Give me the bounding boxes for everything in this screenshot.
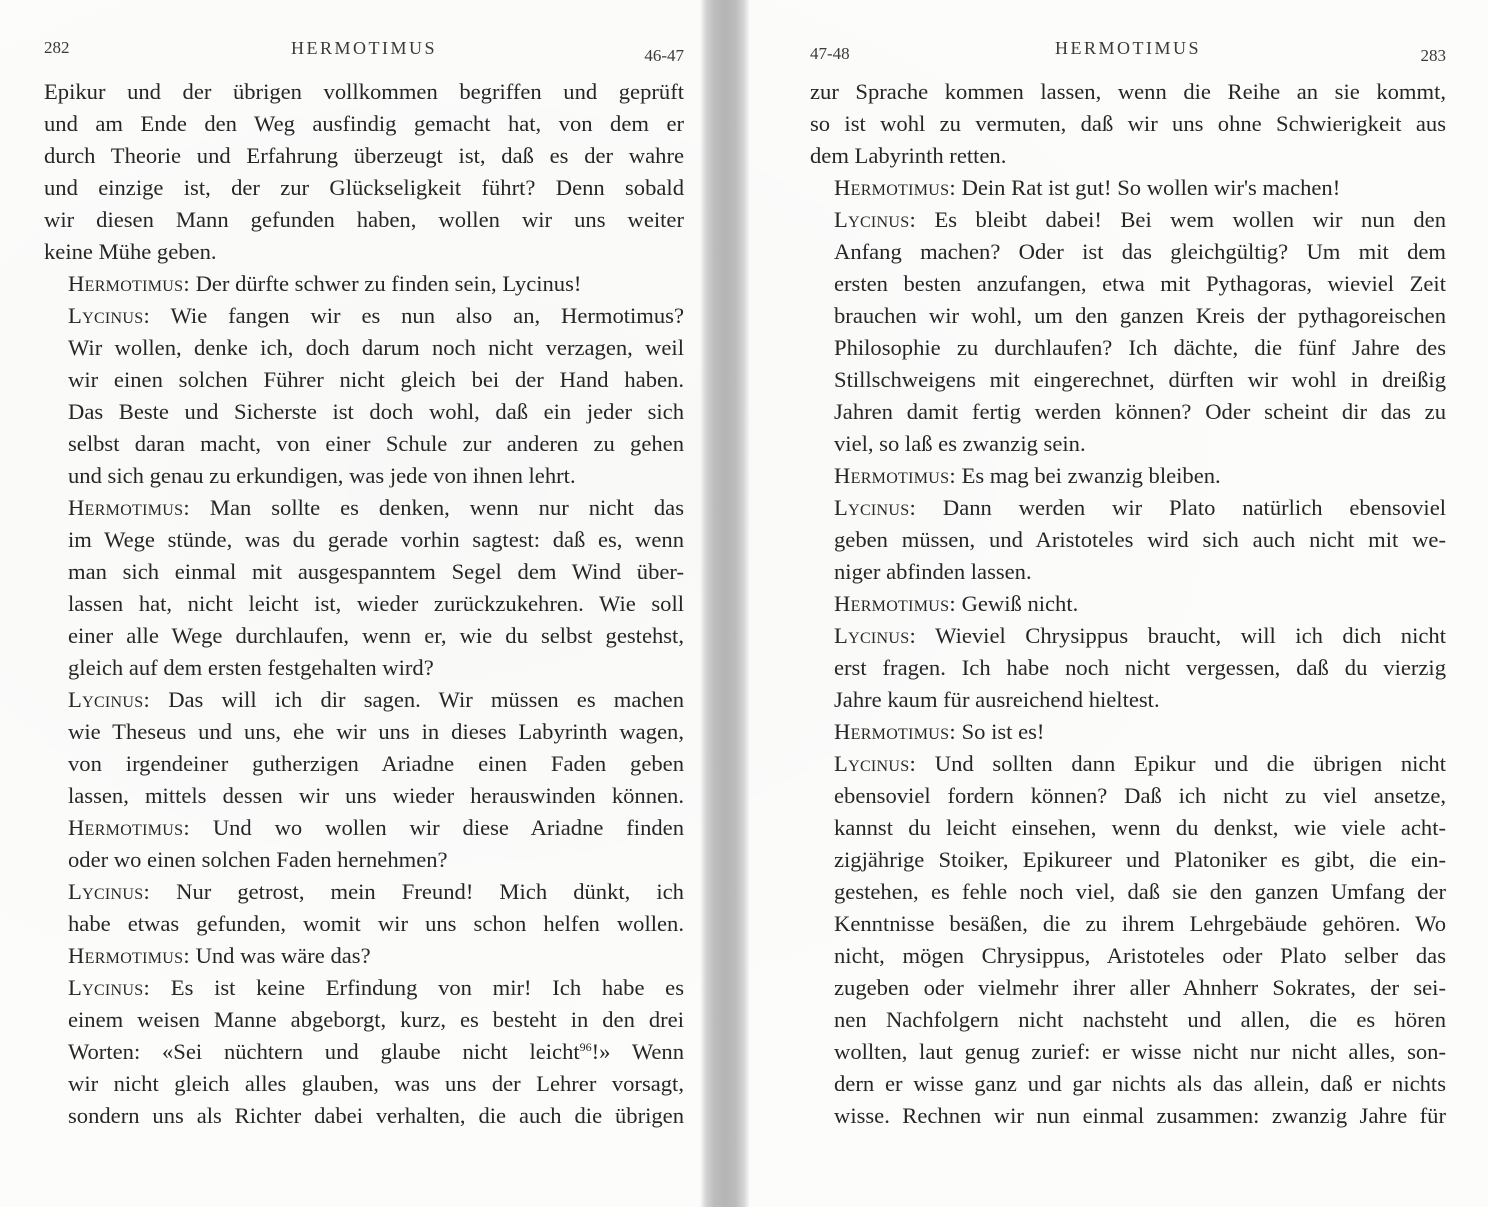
speech-text: Wieviel Chrysippus braucht, will ich dic… bbox=[935, 623, 1446, 648]
book-spread: 282 HERMOTIMUS 46-47 Epikur und der übri… bbox=[0, 0, 1488, 1207]
page-body-text: zur Sprache kommen lassen, wenn die Reih… bbox=[810, 76, 1446, 1132]
text-line: niger abfinden lassen. bbox=[810, 556, 1446, 588]
dialogue-paragraph: Hermotimus: Und wo wollen wir diese Aria… bbox=[44, 812, 684, 876]
speech-text: Und was wäre das? bbox=[196, 943, 371, 968]
text-line: Hermotimus: Man sollte es denken, wenn n… bbox=[44, 492, 684, 524]
text-line: Hermotimus: Der dürfte schwer zu finden … bbox=[44, 268, 684, 300]
text-line: Lycinus: Das will ich dir sagen. Wir müs… bbox=[44, 684, 684, 716]
text-line: viel, so laß es zwanzig sein. bbox=[810, 428, 1446, 460]
text-fragment: Worten: «Sei nüchtern und glaube nicht l… bbox=[68, 1039, 580, 1064]
dialogue-paragraph: Lycinus: Und sollten dann Epikur und die… bbox=[810, 748, 1446, 1132]
paragraph-continuation: Epikur und der übrigen vollkommen begrif… bbox=[44, 76, 684, 268]
text-line: Philosophie zu durchlaufen? Ich dächte, … bbox=[810, 332, 1446, 364]
text-line: von irgendeiner gutherzigen Ariadne eine… bbox=[44, 748, 684, 780]
text-line: Hermotimus: Dein Rat ist gut! So wollen … bbox=[810, 172, 1446, 204]
text-line: erst fragen. Ich habe noch nicht vergess… bbox=[810, 652, 1446, 684]
right-page: 47-48 HERMOTIMUS 283 zur Sprache kommen … bbox=[810, 0, 1446, 1207]
speech-text: Dein Rat ist gut! So wollen wir's machen… bbox=[962, 175, 1341, 200]
text-line: Jahre kaum für ausreichend hieltest. bbox=[810, 684, 1446, 716]
dialogue-paragraph: Lycinus: Das will ich dir sagen. Wir müs… bbox=[44, 684, 684, 812]
text-line: wir diesen Mann gefunden haben, wollen w… bbox=[44, 204, 684, 236]
speech-text: Das will ich dir sagen. Wir müssen es ma… bbox=[168, 687, 684, 712]
text-line: ebensoviel fordern können? Daß ich nicht… bbox=[810, 780, 1446, 812]
text-line: nicht, mögen Chrysippus, Aristoteles ode… bbox=[810, 940, 1446, 972]
dialogue-paragraph: Hermotimus: So ist es! bbox=[810, 716, 1446, 748]
text-line: wisse. Rechnen wir nun einmal zusammen: … bbox=[810, 1100, 1446, 1132]
dialogue-paragraph: Lycinus: Nur getrost, mein Freund! Mich … bbox=[44, 876, 684, 940]
book-spine-gutter bbox=[700, 0, 750, 1207]
speaker-name: Hermotimus: bbox=[834, 591, 956, 616]
speaker-name: Lycinus: bbox=[68, 879, 150, 904]
speech-text: Nur getrost, mein Freund! Mich dünkt, ic… bbox=[176, 879, 684, 904]
speech-text: Es bleibt dabei! Bei wem wollen wir nun … bbox=[935, 207, 1447, 232]
text-line: lassen hat, nicht leicht ist, wieder zur… bbox=[44, 588, 684, 620]
text-line: Lycinus: Es bleibt dabei! Bei wem wollen… bbox=[810, 204, 1446, 236]
running-head-left: 282 HERMOTIMUS 46-47 bbox=[44, 38, 684, 68]
speech-text: Der dürfte schwer zu finden sein, Lycinu… bbox=[196, 271, 582, 296]
text-line: habe etwas gefunden, womit wir uns schon… bbox=[44, 908, 684, 940]
dialogue-paragraph: Lycinus: Wie fangen wir es nun also an, … bbox=[44, 300, 684, 492]
speech-text: Gewiß nicht. bbox=[962, 591, 1079, 616]
text-line: und sich genau zu erkundigen, was jede v… bbox=[44, 460, 684, 492]
running-title: HERMOTIMUS bbox=[810, 38, 1446, 59]
text-line: dern er wisse ganz und gar nichts als da… bbox=[810, 1068, 1446, 1100]
speaker-name: Hermotimus: bbox=[834, 463, 956, 488]
speaker-name: Hermotimus: bbox=[68, 943, 190, 968]
text-line: so ist wohl zu vermuten, daß wir uns ohn… bbox=[810, 108, 1446, 140]
left-page: 282 HERMOTIMUS 46-47 Epikur und der übri… bbox=[44, 0, 684, 1207]
dialogue-paragraph: Hermotimus: Und was wäre das? bbox=[44, 940, 684, 972]
speaker-name: Lycinus: bbox=[834, 207, 916, 232]
text-line: geben müssen, und Aristoteles wird sich … bbox=[810, 524, 1446, 556]
speaker-name: Lycinus: bbox=[68, 975, 150, 1000]
dialogue-paragraph: Lycinus: Es bleibt dabei! Bei wem wollen… bbox=[810, 204, 1446, 460]
text-line: durch Theorie und Erfahrung überzeugt is… bbox=[44, 140, 684, 172]
text-line: Hermotimus: Und was wäre das? bbox=[44, 940, 684, 972]
running-title: HERMOTIMUS bbox=[44, 38, 684, 59]
text-line: Lycinus: Es ist keine Erfindung von mir!… bbox=[44, 972, 684, 1004]
dialogue-paragraph: Lycinus: Es ist keine Erfindung von mir!… bbox=[44, 972, 684, 1132]
dialogue-paragraph: Hermotimus: Es mag bei zwanzig bleiben. bbox=[810, 460, 1446, 492]
text-line: Hermotimus: Es mag bei zwanzig bleiben. bbox=[810, 460, 1446, 492]
text-line: selbst daran macht, von einer Schule zur… bbox=[44, 428, 684, 460]
text-line: Lycinus: Wie fangen wir es nun also an, … bbox=[44, 300, 684, 332]
paragraph-continuation: zur Sprache kommen lassen, wenn die Reih… bbox=[810, 76, 1446, 172]
speech-text: Dann werden wir Plato natürlich ebensovi… bbox=[943, 495, 1446, 520]
text-line: Lycinus: Dann werden wir Plato natürlich… bbox=[810, 492, 1446, 524]
text-line: Hermotimus: Gewiß nicht. bbox=[810, 588, 1446, 620]
text-line: und einzige ist, der zur Glückseligkeit … bbox=[44, 172, 684, 204]
text-fragment: !» Wenn bbox=[592, 1039, 684, 1064]
text-line: Jahren damit fertig werden können? Oder … bbox=[810, 396, 1446, 428]
text-line: dem Labyrinth retten. bbox=[810, 140, 1446, 172]
text-line: sondern uns als Richter dabei verhalten,… bbox=[44, 1100, 684, 1132]
speech-text: Es ist keine Erfindung von mir! Ich habe… bbox=[171, 975, 684, 1000]
speech-text: Wie fangen wir es nun also an, Hermotimu… bbox=[171, 303, 684, 328]
text-line: Lycinus: Nur getrost, mein Freund! Mich … bbox=[44, 876, 684, 908]
text-line: Lycinus: Und sollten dann Epikur und die… bbox=[810, 748, 1446, 780]
text-line: lassen, mittels dessen wir uns wieder he… bbox=[44, 780, 684, 812]
text-line: ersten besten anzufangen, etwa mit Pytha… bbox=[810, 268, 1446, 300]
text-line: wollten, laut genug zurief: er wisse nic… bbox=[810, 1036, 1446, 1068]
dialogue-paragraph: Hermotimus: Man sollte es denken, wenn n… bbox=[44, 492, 684, 684]
speaker-name: Lycinus: bbox=[834, 623, 916, 648]
dialogue-paragraph: Hermotimus: Dein Rat ist gut! So wollen … bbox=[810, 172, 1446, 204]
speaker-name: Hermotimus: bbox=[834, 175, 956, 200]
speaker-name: Hermotimus: bbox=[68, 271, 190, 296]
text-line: zur Sprache kommen lassen, wenn die Reih… bbox=[810, 76, 1446, 108]
text-line-with-footnote: Worten: «Sei nüchtern und glaube nicht l… bbox=[44, 1036, 684, 1068]
text-line: zugeben oder vielmehr ihrer aller Ahnher… bbox=[810, 972, 1446, 1004]
text-line: Lycinus: Wieviel Chrysippus braucht, wil… bbox=[810, 620, 1446, 652]
page-body-text: Epikur und der übrigen vollkommen begrif… bbox=[44, 76, 684, 1132]
text-line: wir nicht gleich alles glauben, was uns … bbox=[44, 1068, 684, 1100]
speaker-name: Lycinus: bbox=[834, 751, 916, 776]
text-line: Das Beste und Sicherste ist doch wohl, d… bbox=[44, 396, 684, 428]
speaker-name: Hermotimus: bbox=[68, 495, 190, 520]
text-line: einem weisen Manne abgeborgt, kurz, es b… bbox=[44, 1004, 684, 1036]
speech-text: So ist es! bbox=[962, 719, 1045, 744]
text-line: gestehen, es fehle noch viel, daß sie de… bbox=[810, 876, 1446, 908]
text-line: und am Ende den Weg ausfindig gemacht ha… bbox=[44, 108, 684, 140]
speech-text: Es mag bei zwanzig bleiben. bbox=[962, 463, 1221, 488]
text-line: brauchen wir wohl, um den ganzen Kreis d… bbox=[810, 300, 1446, 332]
text-line: Wir wollen, denke ich, doch darum noch n… bbox=[44, 332, 684, 364]
speech-text: Man sollte es denken, wenn nur nicht das bbox=[210, 495, 684, 520]
speaker-name: Lycinus: bbox=[834, 495, 916, 520]
footnote-marker[interactable]: 96 bbox=[580, 1040, 592, 1054]
dialogue-paragraph: Hermotimus: Gewiß nicht. bbox=[810, 588, 1446, 620]
text-line: nen Nachfolgern nicht nachsteht und alle… bbox=[810, 1004, 1446, 1036]
text-line: wie Theseus und uns, ehe wir uns in dies… bbox=[44, 716, 684, 748]
speaker-name: Hermotimus: bbox=[834, 719, 956, 744]
text-line: keine Mühe geben. bbox=[44, 236, 684, 268]
text-line: man sich einmal mit ausgespanntem Segel … bbox=[44, 556, 684, 588]
dialogue-paragraph: Lycinus: Wieviel Chrysippus braucht, wil… bbox=[810, 620, 1446, 716]
speech-text: Und wo wollen wir diese Ariadne finden bbox=[213, 815, 684, 840]
running-head-right: 47-48 HERMOTIMUS 283 bbox=[810, 38, 1446, 68]
text-line: Epikur und der übrigen vollkommen begrif… bbox=[44, 76, 684, 108]
speaker-name: Lycinus: bbox=[68, 687, 150, 712]
text-line: Anfang machen? Oder ist das gleichgültig… bbox=[810, 236, 1446, 268]
text-line: wir einen solchen Führer nicht gleich be… bbox=[44, 364, 684, 396]
text-line: einer alle Wege durchlaufen, wenn er, wi… bbox=[44, 620, 684, 652]
text-line: Hermotimus: Und wo wollen wir diese Aria… bbox=[44, 812, 684, 844]
text-line: im Wege stünde, was du gerade vorhin sag… bbox=[44, 524, 684, 556]
speaker-name: Lycinus: bbox=[68, 303, 150, 328]
dialogue-paragraph: Hermotimus: Der dürfte schwer zu finden … bbox=[44, 268, 684, 300]
speaker-name: Hermotimus: bbox=[68, 815, 190, 840]
text-line: Stillschweigens mit eingerechnet, dürfte… bbox=[810, 364, 1446, 396]
speech-text: Und sollten dann Epikur und die übrigen … bbox=[935, 751, 1446, 776]
text-line: oder wo einen solchen Faden hernehmen? bbox=[44, 844, 684, 876]
section-range: 46-47 bbox=[644, 46, 684, 66]
text-line: Kenntnisse besäßen, die zu ihrem Lehrgeb… bbox=[810, 908, 1446, 940]
text-line: kannst du leicht einsehen, wenn du denks… bbox=[810, 812, 1446, 844]
text-line: gleich auf dem ersten festgehalten wird? bbox=[44, 652, 684, 684]
text-line: zigjährige Stoiker, Epikureer und Platon… bbox=[810, 844, 1446, 876]
dialogue-paragraph: Lycinus: Dann werden wir Plato natürlich… bbox=[810, 492, 1446, 588]
text-line: Hermotimus: So ist es! bbox=[810, 716, 1446, 748]
page-number: 283 bbox=[1421, 46, 1447, 66]
